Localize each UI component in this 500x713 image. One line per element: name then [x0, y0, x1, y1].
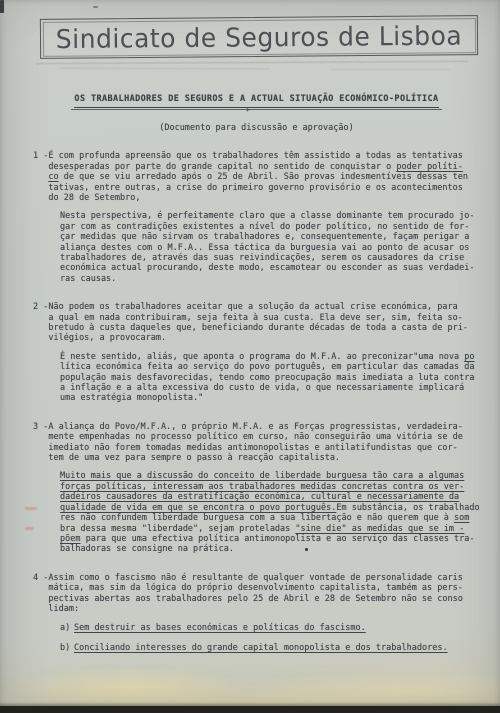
text-line: res não confundem liberdade burguesa com… — [60, 513, 480, 523]
text-line: aliança destes com o M.F.A.. Essa táctic… — [60, 243, 480, 253]
text-line: bra dessa mesma "liberdade", sejam prote… — [60, 524, 480, 534]
text-segment: tativas, entre outras, a crise do primei… — [48, 183, 463, 193]
text-segment: gar com as contradições existentes a nív… — [60, 222, 469, 232]
text-segment: po — [464, 352, 474, 362]
text-segment: tem de uma vez para sempre o passo à rea… — [48, 453, 340, 463]
text-line: Sem destruir as bases económicas e polít… — [74, 623, 480, 633]
text-segment: Em substância, os trabalhado — [336, 503, 479, 513]
text-segment: aliança destes com o M.F.A.. Essa táctic… — [60, 243, 469, 253]
paragraph-block: Muito mais que a discussão do conceito d… — [33, 471, 480, 554]
paragraph-lines: Nesta perspectiva, é perfeitamente claro… — [60, 211, 480, 284]
text-line: bretudo à custa daqueles que, benefician… — [48, 323, 480, 333]
text-segment: É neste sentido, aliás, que aponta o pro… — [60, 352, 464, 362]
text-segment: co — [48, 172, 58, 182]
paragraph-block: 1 -É com profunda apreensão que os traba… — [33, 151, 480, 203]
text-line: lidam: — [48, 604, 480, 614]
text-line: põem para que uma efectiva política anti… — [60, 534, 480, 544]
text-segment: uma estratégia monopolista." — [60, 393, 203, 403]
paragraph-number: 1 - — [33, 151, 48, 203]
document-content: OS TRABALHADORES DE SEGUROS E A ACTUAL S… — [0, 58, 500, 653]
text-line: Assim como o fascismo não é resultante d… — [48, 573, 480, 583]
text-segment: a qual em nada contribuiram, seja feita … — [48, 313, 463, 323]
text-line: Conciliando interesses do grande capital… — [74, 643, 480, 653]
paragraph-lines: É com profunda apreensão que os trabalha… — [48, 151, 480, 203]
text-line: população mais desfavorecidas, tendo com… — [60, 373, 480, 383]
text-segment: balhadoras se consigne na prática. — [60, 544, 234, 554]
text-line: É com profunda apreensão que os trabalha… — [48, 151, 480, 161]
paragraph-lines: É neste sentido, aliás, que aponta o pro… — [60, 352, 480, 404]
text-line: Nesta perspectiva, é perfeitamente claro… — [60, 211, 480, 221]
union-name: Sindicato de Seguros de Lisboa — [56, 20, 463, 54]
text-segment: qualidade de vida em que se encontra o p… — [60, 503, 336, 513]
text-segment: de que se viu arredado após o 25 de Abri… — [59, 172, 468, 182]
text-line: trabalhadores de, através das suas reivi… — [60, 253, 480, 263]
paragraph-lines: A aliança do Povo/M.F.A., o próprio M.F.… — [48, 422, 480, 464]
scan-speck — [0, 0, 4, 13]
text-segment: Nesta perspectiva, é perfeitamente claro… — [60, 211, 475, 221]
paragraph-block: É neste sentido, aliás, que aponta o pro… — [33, 352, 480, 404]
paragraph-number: 3 - — [33, 422, 48, 464]
paragraph-lines: Conciliando interesses do grande capital… — [74, 643, 480, 653]
text-segment: pectivas abertas aos trabalhadores pelo … — [48, 594, 463, 604]
scan-edge-strip — [0, 706, 500, 713]
text-segment: som — [454, 513, 469, 523]
text-line: uma estratégia monopolista." — [60, 393, 480, 403]
text-line: balhadoras se consigne na prática. — [60, 544, 480, 554]
text-segment: dadeiros causadores da estratificação ec… — [60, 492, 459, 502]
document-body: 1 -É com profunda apreensão que os traba… — [33, 151, 480, 653]
text-segment: poder políti- — [396, 162, 463, 172]
paragraph-lines: Assim como o fascismo não é resultante d… — [48, 573, 480, 615]
paragraph-block: 4 -Assim como o fascismo não é resultant… — [33, 573, 480, 615]
text-segment: Sem destruir as bases económicas e polít… — [74, 623, 366, 633]
text-segment: res não confundem liberdade burguesa com… — [60, 513, 454, 523]
scanned-page: Sindicato de Seguros de Lisboa OS TRABAL… — [0, 0, 500, 713]
text-line: ras causas. — [60, 274, 480, 284]
document-subtitle: (Documento para discussão e aprovação) — [33, 123, 480, 133]
document-title: OS TRABALHADORES DE SEGUROS E A ACTUAL S… — [74, 94, 438, 108]
text-segment: Conciliando interesses do grande capital… — [74, 643, 448, 653]
text-segment: A aliança do Povo/M.F.A., o próprio M.F.… — [48, 422, 463, 432]
text-line: vilégios, a provocaram. — [48, 333, 480, 343]
text-line: dadeiros causadores da estratificação ec… — [60, 492, 480, 502]
list-item-label: a) — [60, 623, 74, 633]
paragraph-block: b)Conciliando interesses do grande capit… — [33, 643, 480, 653]
text-line: tativas, entre outras, a crise do primei… — [48, 183, 480, 193]
text-line: tem de uma vez para sempre o passo à rea… — [48, 453, 480, 463]
text-line: mente empenhadas no processo político em… — [48, 432, 480, 442]
text-line: Muito mais que a discussão do conceito d… — [60, 471, 480, 481]
paragraph-number: 4 - — [33, 573, 48, 615]
text-segment: Não podem os trabalhadores aceitar que a… — [48, 302, 457, 312]
text-segment: trabalhadores de, através das suas reivi… — [60, 253, 464, 263]
text-segment: população mais desfavorecidas, tendo com… — [60, 373, 475, 383]
text-line: Não podem os trabalhadores aceitar que a… — [48, 302, 480, 312]
paragraph-lines: Não podem os trabalhadores aceitar que a… — [48, 302, 480, 344]
text-segment: do 28 de Setembro, — [48, 193, 140, 203]
paragraph-lines: Sem destruir as bases económicas e polít… — [74, 623, 480, 633]
text-segment: para que uma efectiva política antimonop… — [80, 534, 474, 544]
text-segment: "sine die" as medidas que se im - — [295, 524, 464, 534]
text-segment: Assim como o fascismo não é resultante d… — [48, 573, 463, 583]
text-line: qualidade de vida em que se encontra o p… — [60, 503, 480, 513]
text-line: É neste sentido, aliás, que aponta o pro… — [60, 352, 480, 362]
text-line: económica actual procurando, deste modo,… — [60, 263, 480, 273]
text-line: a inflação e a alta excessiva do custo d… — [60, 383, 480, 393]
text-line: A aliança do Povo/M.F.A., o próprio M.F.… — [48, 422, 480, 432]
text-line: forças políticas, interessam aos trabalh… — [60, 482, 480, 492]
text-segment: mente empenhadas no processo político em… — [48, 432, 463, 442]
text-line: a qual em nada contribuiram, seja feita … — [48, 313, 480, 323]
paragraph-number: 2 - — [33, 302, 48, 344]
text-line: imediato não forem tomadas medidas antim… — [48, 443, 480, 453]
paragraph-block: 3 -A aliança do Povo/M.F.A., o próprio M… — [33, 422, 480, 464]
text-segment: económica actual procurando, deste modo,… — [60, 263, 475, 273]
text-segment: lidam: — [48, 604, 79, 614]
text-segment: bra dessa mesma "liberdade", sejam prote… — [60, 524, 295, 534]
text-segment: lítica económica feita ao serviço do pov… — [60, 362, 475, 372]
paragraph-block: 2 -Não podem os trabalhadores aceitar qu… — [33, 302, 480, 344]
text-line: gar com as contradições existentes a nív… — [60, 222, 480, 232]
text-segment: vilégios, a provocaram. — [48, 333, 166, 343]
text-segment: ras causas. — [60, 274, 116, 284]
paragraph-lines: Muito mais que a discussão do conceito d… — [60, 471, 480, 554]
text-segment: mática, mas sim da lógica do próprio des… — [48, 583, 463, 593]
text-line: do 28 de Setembro, — [48, 193, 480, 203]
document-title-text: OS TRABALHADORES DE SEGUROS E A ACTUAL S… — [74, 94, 438, 104]
text-segment: bretudo à custa daqueles que, benefician… — [48, 323, 468, 333]
paragraph-block: a)Sem destruir as bases económicas e pol… — [33, 623, 480, 633]
text-line: desesperadas por parte do grande capital… — [48, 162, 480, 172]
list-item-label: b) — [60, 643, 74, 653]
text-segment: desesperadas por parte do grande capital… — [48, 162, 396, 172]
text-line: pectivas abertas aos trabalhadores pelo … — [48, 594, 480, 604]
union-letterhead-box: Sindicato de Seguros de Lisboa — [40, 15, 478, 59]
scan-speck — [93, 6, 98, 8]
text-line: mática, mas sim da lógica do próprio des… — [48, 583, 480, 593]
text-line: çar medidas que não sirvam os trabalhado… — [60, 232, 480, 242]
correction-mark: + — [246, 105, 251, 115]
text-segment: põem — [60, 534, 80, 544]
text-segment: É com profunda apreensão que os trabalha… — [48, 151, 463, 161]
text-segment: çar medidas que não sirvam os trabalhado… — [60, 232, 469, 242]
text-segment: imediato não forem tomadas medidas antim… — [48, 443, 457, 453]
text-line: co de que se viu arredado após o 25 de A… — [48, 172, 480, 182]
text-segment: a inflação e a alta excessiva do custo d… — [60, 383, 464, 393]
text-segment: forças políticas, interessam aos trabalh… — [60, 482, 464, 492]
title-row: OS TRABALHADORES DE SEGUROS E A ACTUAL S… — [33, 94, 480, 108]
text-segment: Muito mais que a discussão do conceito d… — [60, 471, 464, 481]
paragraph-block: Nesta perspectiva, é perfeitamente claro… — [33, 211, 480, 284]
text-line: lítica económica feita ao serviço do pov… — [60, 362, 480, 372]
